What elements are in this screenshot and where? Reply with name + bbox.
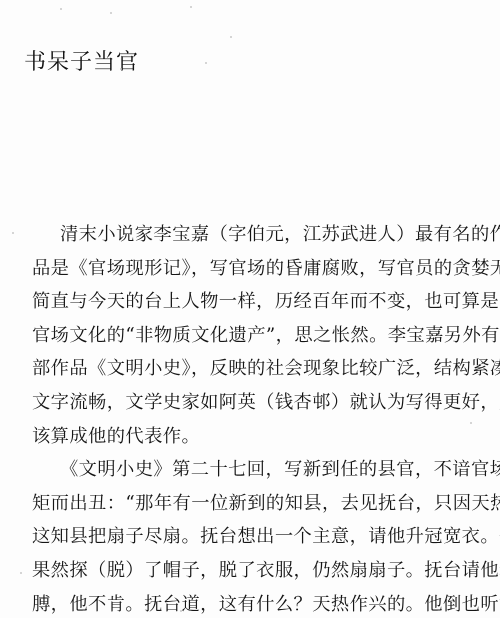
text-line: 品是《官场现形记》，写官场的昏庸腐败，写官员的贪婪无耻， [32, 252, 482, 286]
text-line: 部作品《文明小史》，反映的社会现象比较广泛，结构紧凑， [32, 352, 482, 386]
text-line: 果然探（脱）了帽子，脱了衣服，仍然扇扇子。抚台请他赤 [32, 554, 482, 588]
text-line: 该算成他的代表作。 [32, 420, 482, 454]
scan-noise [488, 306, 490, 308]
article-body: 清末小说家李宝嘉（字伯元，江苏武进人）最有名的作 品是《官场现形记》，写官场的昏… [32, 218, 482, 618]
scan-noise [20, 572, 22, 574]
scan-noise [60, 8, 62, 10]
scan-noise [180, 610, 182, 612]
text-line: 清末小说家李宝嘉（字伯元，江苏武进人）最有名的作 [32, 218, 482, 252]
text-line: 简直与今天的台上人物一样，历经百年而不变，也可算是中国 [32, 285, 482, 319]
text-line: 膊，他不肯。抚台道，这有什么？天热作兴的。他倒也听话， [32, 588, 482, 618]
scan-noise [205, 62, 207, 64]
text-line: 文字流畅，文学史家如阿英（钱杏邨）就认为写得更好，应 [32, 386, 482, 420]
scanned-page: 书呆子当官 清末小说家李宝嘉（字伯元，江苏武进人）最有名的作 品是《官场现形记》… [0, 0, 500, 618]
text-line: 矩而出丑：“那年有一位新到的知县，去见抚台，只因天热， [32, 487, 482, 521]
scan-noise [470, 422, 472, 424]
text-line: 这知县把扇子尽扇。抚台想出一个主意，请他升冠宽衣。他 [32, 520, 482, 554]
paragraph-1: 清末小说家李宝嘉（字伯元，江苏武进人）最有名的作 品是《官场现形记》，写官场的昏… [32, 218, 482, 453]
scan-noise [110, 12, 112, 14]
scan-noise [230, 36, 232, 38]
scan-noise [12, 232, 14, 234]
scan-noise [120, 68, 122, 70]
text-line: 《文明小史》第二十七回，写新到任的县官，不谙官场规 [32, 453, 482, 487]
scan-noise [190, 6, 192, 8]
text-line: 官场文化的“非物质文化遗产”，思之怅然。李宝嘉另外有一 [32, 319, 482, 353]
scan-noise [420, 240, 422, 242]
article-title: 书呆子当官 [24, 45, 139, 76]
paragraph-2: 《文明小史》第二十七回，写新到任的县官，不谙官场规 矩而出丑：“那年有一位新到的… [32, 453, 482, 618]
